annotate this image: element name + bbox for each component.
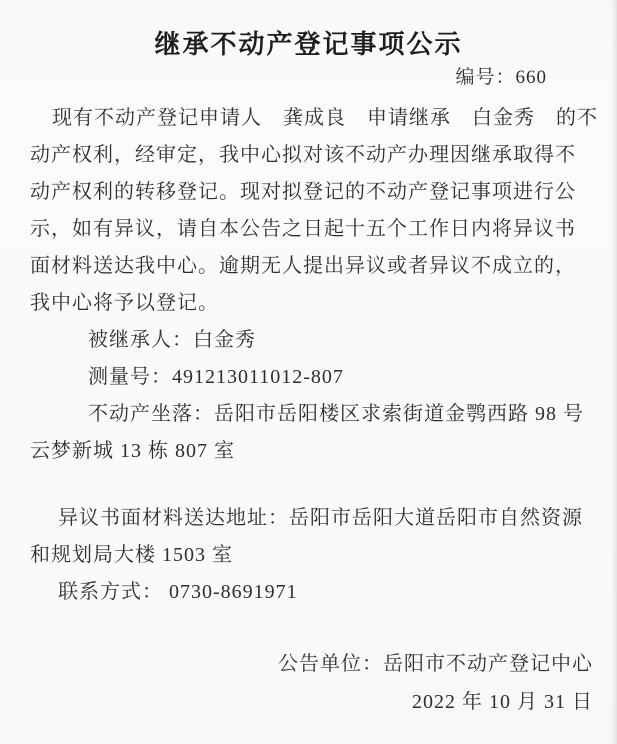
footer-issuer-value: 岳阳市不动产登记中心: [383, 653, 593, 675]
document-body: 现有不动产登记申请人 龚成良 申请继承 白金秀 的不 动产权利，经审定，我中心拟…: [0, 100, 617, 721]
field-decedent-value: 白金秀: [193, 329, 256, 351]
field-property-location: 不动产坐落：岳阳市岳阳楼区求索街道金鹗西路 98 号 云梦新城 13 栋 807…: [30, 396, 593, 470]
field-contact-value: 0730-8691971: [163, 581, 298, 603]
field-decedent: 被继承人：白金秀: [30, 322, 593, 359]
doc-number: 编号：660: [0, 64, 617, 92]
field-survey-number-value: 491213011012-807: [172, 366, 344, 388]
document-footer: 公告单位：岳阳市不动产登记中心 2022 年 10 月 31 日: [30, 645, 593, 721]
field-survey-number: 测量号：491213011012-807: [30, 359, 593, 396]
footer-issuer: 公告单位：岳阳市不动产登记中心: [30, 645, 593, 683]
footer-date: 2022 年 10 月 31 日: [30, 683, 593, 721]
field-contact-label: 联系方式：: [58, 581, 163, 603]
field-property-location-label: 不动产坐落：: [88, 403, 214, 425]
document-title: 继承不动产登记事项公示: [0, 0, 617, 64]
field-decedent-label: 被继承人：: [88, 329, 193, 351]
field-objection-address-label: 异议书面材料送达地址：: [58, 507, 289, 529]
body-paragraph: 现有不动产登记申请人 龚成良 申请继承 白金秀 的不 动产权利，经审定，我中心拟…: [30, 100, 593, 322]
notice-document: 继承不动产登记事项公示 编号：660 现有不动产登记申请人 龚成良 申请继承 白…: [0, 0, 617, 744]
doc-number-label: 编号：: [455, 67, 515, 88]
doc-number-value: 660: [516, 67, 548, 88]
field-survey-number-label: 测量号：: [88, 366, 172, 388]
field-objection-address: 异议书面材料送达地址：岳阳市岳阳大道岳阳市自然资源 和规划局大楼 1503 室: [30, 500, 593, 574]
field-contact: 联系方式： 0730-8691971: [30, 574, 593, 611]
footer-issuer-label: 公告单位：: [278, 653, 383, 675]
